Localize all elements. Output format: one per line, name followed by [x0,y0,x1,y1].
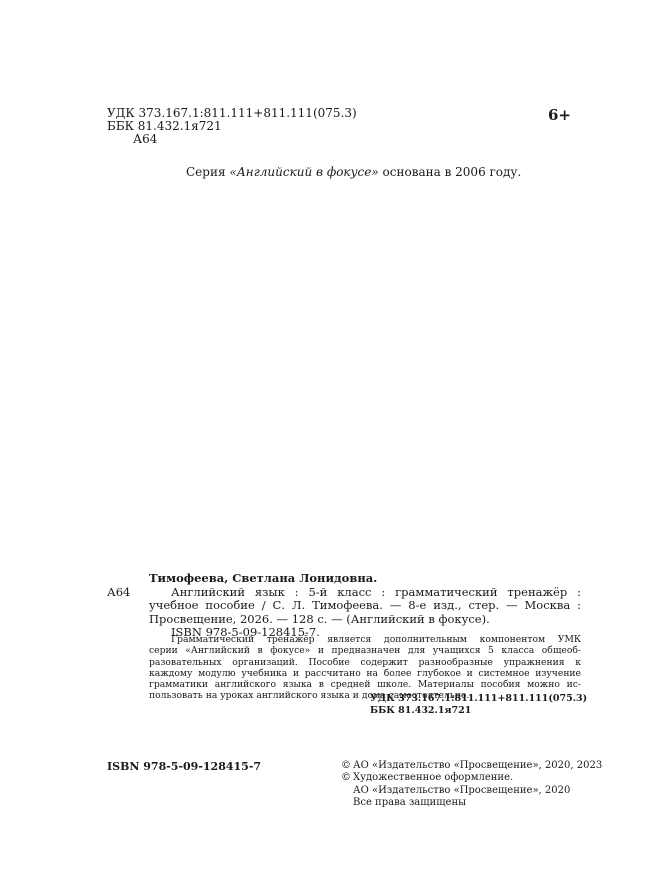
copyright-line: АО «Издательство «Просвещение», 2020 [341,785,602,797]
series-name: «Английский в фокусе» [229,165,378,179]
udk-code-bottom: УДК 373.167.1:811.111+811.111(075.3) [370,693,587,705]
annotation-line: Грамматический тренажёр является дополни… [149,634,581,645]
author-sign: А64 [107,133,357,146]
card-author: Тимофеева, Светлана Лонидовна. [107,572,581,586]
rights-reserved: Все права защищены [341,797,602,809]
annotation-line: грамматики английского языка в средней ш… [149,679,581,690]
annotation: Грамматический тренажёр является дополни… [149,634,581,702]
copyright-line: АО «Издательство «Просвещение», 2020, 20… [353,760,602,771]
bbk-code-bottom: ББК 81.432.1я721 [370,705,587,717]
annotation-line: каждому модулю учебника и рассчитано на … [149,668,581,679]
classification-block-top: УДК 373.167.1:811.111+811.111(075.3) ББК… [107,107,357,146]
card-index: А64 [107,586,149,600]
card-line: Просвещение, 2026. — 128 с. — (Английски… [107,613,581,627]
card-line: учебное пособие / С. Л. Тимофеева. — 8-е… [107,599,581,613]
series-suffix: основана в 2006 году. [379,165,522,179]
series-note: Серия «Английский в фокусе» основана в 2… [186,165,521,179]
copyright-block: ©АО «Издательство «Просвещение», 2020, 2… [341,760,602,809]
annotation-line: серии «Английский в фокусе» и предназнач… [149,645,581,656]
copyright-icon: © [341,772,353,784]
card-line: Английский язык : 5-й класс : грамматиче… [149,586,581,600]
age-rating: 6+ [548,106,571,124]
isbn: ISBN 978-5-09-128415-7 [107,760,261,773]
catalog-card: Тимофеева, Светлана Лонидовна. А64 Англи… [107,572,581,640]
annotation-line: разовательных организаций. Пособие содер… [149,657,581,668]
copyright-icon: © [341,760,353,772]
copyright-line: Художественное оформление. [353,772,513,783]
classification-block-bottom: УДК 373.167.1:811.111+811.111(075.3) ББК… [370,693,587,716]
series-prefix: Серия [186,165,229,179]
